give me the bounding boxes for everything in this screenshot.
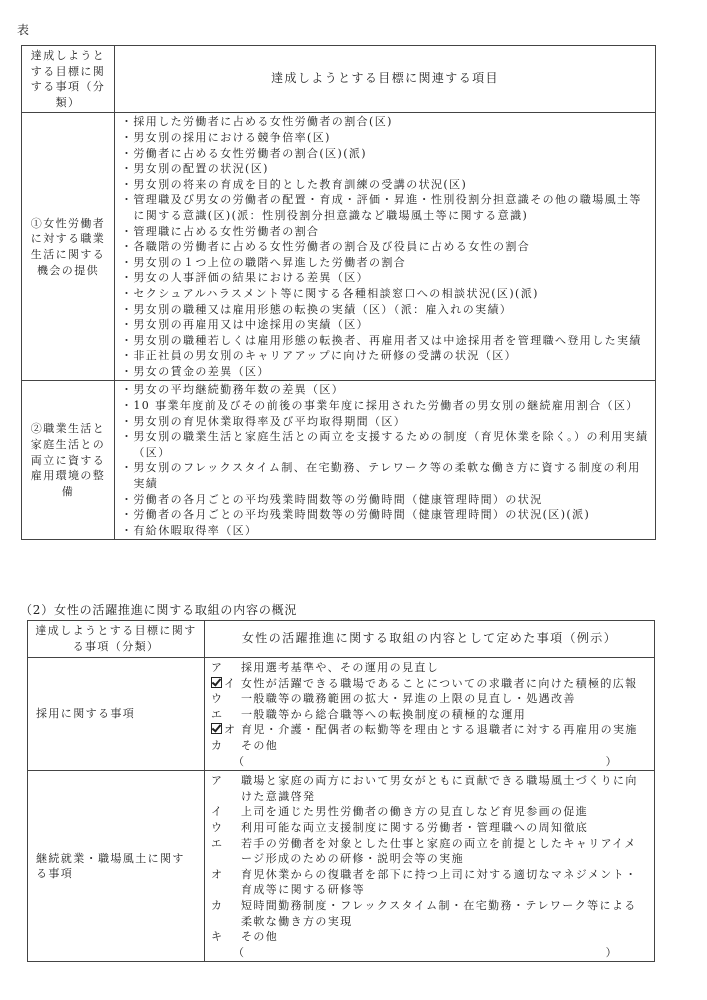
option-text: 若手の労働者を対象とした仕事と家庭の両立を前提としたキャリアイメージ形成のための… xyxy=(241,836,648,867)
option-mark: オ xyxy=(211,867,241,898)
list-item: ・有給休暇取得率（区） xyxy=(121,523,649,539)
option-mark: オ xyxy=(211,722,241,738)
item-text: 男女別の採用における競争倍率(区) xyxy=(133,130,649,146)
bullet-icon: ・ xyxy=(121,492,133,508)
options-cell: ア採用選考基準や、その運用の見直しイ女性が活躍できる職場であることについての求職… xyxy=(205,658,655,771)
option-text: 利用可能な両立支援制度に関する労働者・管理職への周知徹底 xyxy=(241,820,648,836)
list-item: ・男女別の育児休業取得率及び平均取得期間（区） xyxy=(121,414,649,430)
option-letter: オ xyxy=(224,723,236,736)
list-item: ・採用した労働者に占める女性労働者の割合(区) xyxy=(121,114,649,130)
option-mark: ウ xyxy=(211,691,241,707)
bullet-icon: ・ xyxy=(121,130,133,146)
item-text: 男女別の再雇用又は中途採用の実績（区） xyxy=(133,317,649,333)
bullet-icon: ・ xyxy=(121,364,133,380)
list-item: ・非正社員の男女別のキャリアアップに向けた研修の受講の状況（区） xyxy=(121,348,649,364)
category-cell: 継続就業・職場風土に関する事項 xyxy=(28,771,205,962)
item-list: ・男女の平均継続勤務年数の差異（区）・10 事業年度前及びその前後の事業年度に採… xyxy=(121,382,649,538)
table-header-row: 達成しようとする目標に関する事項（分類） 女性の活躍推進に関する取組の内容として… xyxy=(28,621,655,658)
option-text: その他 xyxy=(241,738,648,754)
table-row: 継続就業・職場風土に関する事項 ア職場と家庭の両方において男女がともに貢献できる… xyxy=(28,771,655,962)
bullet-icon: ・ xyxy=(121,398,133,414)
option-item[interactable]: エ一般職等から総合職等への転換制度の積極的な運用 xyxy=(211,707,648,723)
option-mark: イ xyxy=(211,804,241,820)
checked-box-icon[interactable] xyxy=(211,677,222,688)
option-item[interactable]: ウ利用可能な両立支援制度に関する労働者・管理職への周知徹底 xyxy=(211,820,648,836)
list-item: ・男女別のフレックスタイム制、在宅勤務、テレワーク等の柔軟な働き方に資する制度の… xyxy=(121,460,649,491)
option-text: 女性が活躍できる職場であることについての求職者に向けた積極的広報 xyxy=(241,676,648,692)
close-paren: ） xyxy=(606,754,618,770)
table-row: ②職業生活と家庭生活との両立に資する雇用環境の整備 ・男女の平均継続勤務年数の差… xyxy=(22,381,656,540)
table-header-row: 達成しようとする目標に関する事項（分類） 達成しようとする目標に関連する項目 xyxy=(22,46,656,113)
option-item[interactable]: ア職場と家庭の両方において男女がともに貢献できる職場風土づくりに向けた意識啓発 xyxy=(211,773,648,804)
option-letter: ア xyxy=(211,661,223,674)
open-paren: （ xyxy=(233,945,245,961)
option-text: 育児休業からの復職者を部下に持つ上司に対する適切なマネジメント・育成等に関する研… xyxy=(241,867,648,898)
item-text: 男女別の育児休業取得率及び平均取得期間（区） xyxy=(133,414,649,430)
bullet-icon: ・ xyxy=(121,239,133,255)
option-letter: カ xyxy=(211,739,223,752)
header-category: 達成しようとする目標に関する事項（分類） xyxy=(22,46,115,113)
bullet-icon: ・ xyxy=(121,270,133,286)
option-item[interactable]: ア採用選考基準や、その運用の見直し xyxy=(211,660,648,676)
option-item[interactable]: オ育児・介護・配偶者の転勤等を理由とする退職者に対する再雇用の実施 xyxy=(211,722,648,738)
option-mark: エ xyxy=(211,707,241,723)
option-mark: ア xyxy=(211,660,241,676)
bullet-icon: ・ xyxy=(121,317,133,333)
option-letter: イ xyxy=(211,805,223,818)
item-text: 採用した労働者に占める女性労働者の割合(区) xyxy=(133,114,649,130)
category-cell: ②職業生活と家庭生活との両立に資する雇用環境の整備 xyxy=(22,381,115,540)
options-cell: ア職場と家庭の両方において男女がともに貢献できる職場風土づくりに向けた意識啓発イ… xyxy=(205,771,655,962)
item-text: 労働者に占める女性労働者の割合(区)(派) xyxy=(133,146,649,162)
option-text: 職場と家庭の両方において男女がともに貢献できる職場風土づくりに向けた意識啓発 xyxy=(241,773,648,804)
header-category: 達成しようとする目標に関する事項（分類） xyxy=(28,621,205,658)
bullet-icon: ・ xyxy=(121,382,133,398)
list-item: ・男女別の採用における競争倍率(区) xyxy=(121,130,649,146)
item-text: 労働者の各月ごとの平均残業時間数等の労働時間（健康管理時間）の状況 xyxy=(133,492,649,508)
list-item: ・男女別の職種若しくは雇用形態の転換者、再雇用者又は中途採用者を管理職へ登用した… xyxy=(121,333,649,349)
list-item: ・男女別の職種又は雇用形態の転換の実績（区）（派：雇入れの実績） xyxy=(121,302,649,318)
item-text: 男女の賃金の差異（区） xyxy=(133,364,649,380)
option-text: 一般職等の職務範囲の拡大・昇進の上限の見直し・処遇改善 xyxy=(241,691,648,707)
list-item: ・セクシュアルハラスメント等に関する各種相談窓口への相談状況(区)(派) xyxy=(121,286,649,302)
option-item[interactable]: イ上司を通じた男性労働者の働き方の見直しなど育児参画の促進 xyxy=(211,804,648,820)
bullet-icon: ・ xyxy=(121,114,133,130)
section-title: （2）女性の活躍推進に関する取組の内容の概況 xyxy=(20,601,297,618)
option-letter: オ xyxy=(211,868,223,881)
item-text: 男女別の職種又は雇用形態の転換の実績（区）（派：雇入れの実績） xyxy=(133,302,649,318)
item-text: 管理職に占める女性労働者の割合 xyxy=(133,224,649,240)
list-item: ・男女別の職業生活と家庭生活との両立を支援するための制度（育児休業を除く。）の利… xyxy=(121,429,649,460)
option-mark: ア xyxy=(211,773,241,804)
option-text: 短時間勤務制度・フレックスタイム制・在宅勤務・テレワーク等による柔軟な働き方の実… xyxy=(241,898,648,929)
close-paren: ） xyxy=(606,945,618,961)
option-mark: ウ xyxy=(211,820,241,836)
bullet-icon: ・ xyxy=(121,523,133,539)
bullet-icon: ・ xyxy=(121,414,133,430)
option-text: 上司を通じた男性労働者の働き方の見直しなど育児参画の促進 xyxy=(241,804,648,820)
initiatives-table: 達成しようとする目標に関する事項（分類） 女性の活躍推進に関する取組の内容として… xyxy=(27,620,655,962)
option-letter: ウ xyxy=(211,821,223,834)
item-text: 有給休暇取得率（区） xyxy=(133,523,649,539)
bullet-icon: ・ xyxy=(121,224,133,240)
list-item: ・男女の人事評価の結果における差異（区） xyxy=(121,270,649,286)
items-cell: ・採用した労働者に占める女性労働者の割合(区)・男女別の採用における競争倍率(区… xyxy=(115,113,656,381)
header-content: 女性の活躍推進に関する取組の内容として定めた事項（例示） xyxy=(205,621,655,658)
option-letter: カ xyxy=(211,899,223,912)
item-text: 男女別の職種若しくは雇用形態の転換者、再雇用者又は中途採用者を管理職へ登用した実… xyxy=(133,333,649,349)
option-item[interactable]: オ育児休業からの復職者を部下に持つ上司に対する適切なマネジメント・育成等に関する… xyxy=(211,867,648,898)
option-item[interactable]: エ若手の労働者を対象とした仕事と家庭の両立を前提としたキャリアイメージ形成のため… xyxy=(211,836,648,867)
option-text: その他 xyxy=(241,929,648,945)
item-text: 男女別の配置の状況(区) xyxy=(133,161,649,177)
checked-box-icon[interactable] xyxy=(211,723,222,734)
option-mark: カ xyxy=(211,898,241,929)
document-label: 表 xyxy=(17,21,29,38)
list-item: ・労働者の各月ごとの平均残業時間数等の労働時間（健康管理時間）の状況 xyxy=(121,492,649,508)
bullet-icon: ・ xyxy=(121,192,133,223)
bullet-icon: ・ xyxy=(121,286,133,302)
goal-items-table: 達成しようとする目標に関する事項（分類） 達成しようとする目標に関連する項目 ①… xyxy=(21,45,656,540)
item-text: 10 事業年度前及びその前後の事業年度に採用された労働者の男女別の継続雇用割合（… xyxy=(133,398,649,414)
item-text: 男女別の職業生活と家庭生活との両立を支援するための制度（育児休業を除く。）の利用… xyxy=(133,429,649,460)
bullet-icon: ・ xyxy=(121,255,133,271)
option-mark: イ xyxy=(211,676,241,692)
item-text: 労働者の各月ごとの平均残業時間数等の労働時間（健康管理時間）の状況(区)(派) xyxy=(133,507,649,523)
items-cell: ・男女の平均継続勤務年数の差異（区）・10 事業年度前及びその前後の事業年度に採… xyxy=(115,381,656,540)
category-cell: 採用に関する事項 xyxy=(28,658,205,771)
option-item[interactable]: イ女性が活躍できる職場であることについての求職者に向けた積極的広報 xyxy=(211,676,648,692)
option-letter: ウ xyxy=(211,692,223,705)
option-item[interactable]: ウ一般職等の職務範囲の拡大・昇進の上限の見直し・処遇改善 xyxy=(211,691,648,707)
item-text: 男女の平均継続勤務年数の差異（区） xyxy=(133,382,649,398)
item-text: セクシュアルハラスメント等に関する各種相談窓口への相談状況(区)(派) xyxy=(133,286,649,302)
bullet-icon: ・ xyxy=(121,429,133,460)
option-text: 一般職等から総合職等への転換制度の積極的な運用 xyxy=(241,707,648,723)
option-letter: エ xyxy=(211,708,223,721)
list-item: ・男女別の配置の状況(区) xyxy=(121,161,649,177)
option-list: ア職場と家庭の両方において男女がともに貢献できる職場風土づくりに向けた意識啓発イ… xyxy=(211,773,648,960)
option-item[interactable]: カその他 xyxy=(211,738,648,754)
other-input-field[interactable]: （） xyxy=(211,945,648,961)
list-item: ・労働者に占める女性労働者の割合(区)(派) xyxy=(121,146,649,162)
list-item: ・男女別の１つ上位の職階へ昇進した労働者の割合 xyxy=(121,255,649,271)
bullet-icon: ・ xyxy=(121,460,133,491)
bullet-icon: ・ xyxy=(121,177,133,193)
header-items: 達成しようとする目標に関連する項目 xyxy=(115,46,656,113)
list-item: ・男女別の再雇用又は中途採用の実績（区） xyxy=(121,317,649,333)
item-text: 非正社員の男女別のキャリアアップに向けた研修の受講の状況（区） xyxy=(133,348,649,364)
list-item: ・管理職に占める女性労働者の割合 xyxy=(121,224,649,240)
option-item[interactable]: キその他 xyxy=(211,929,648,945)
option-mark: カ xyxy=(211,738,241,754)
list-item: ・労働者の各月ごとの平均残業時間数等の労働時間（健康管理時間）の状況(区)(派) xyxy=(121,507,649,523)
option-letter: ア xyxy=(211,774,223,787)
item-text: 男女別のフレックスタイム制、在宅勤務、テレワーク等の柔軟な働き方に資する制度の利… xyxy=(133,460,649,491)
item-list: ・採用した労働者に占める女性労働者の割合(区)・男女別の採用における競争倍率(区… xyxy=(121,114,649,379)
item-text: 男女別の将来の育成を目的とした教育訓練の受講の状況(区) xyxy=(133,177,649,193)
option-text: 採用選考基準や、その運用の見直し xyxy=(241,660,648,676)
option-item[interactable]: カ短時間勤務制度・フレックスタイム制・在宅勤務・テレワーク等による柔軟な働き方の… xyxy=(211,898,648,929)
option-letter: キ xyxy=(211,930,223,943)
list-item: ・男女別の将来の育成を目的とした教育訓練の受講の状況(区) xyxy=(121,177,649,193)
list-item: ・各職階の労働者に占める女性労働者の割合及び役員に占める女性の割合 xyxy=(121,239,649,255)
option-letter: イ xyxy=(224,677,236,690)
item-text: 各職階の労働者に占める女性労働者の割合及び役員に占める女性の割合 xyxy=(133,239,649,255)
item-text: 男女の人事評価の結果における差異（区） xyxy=(133,270,649,286)
item-text: 管理職及び男女の労働者の配置・育成・評価・昇進・性別役割分担意識その他の職場風土… xyxy=(133,192,649,223)
table-row: ①女性労働者に対する職業生活に関する機会の提供 ・採用した労働者に占める女性労働… xyxy=(22,113,656,381)
other-input-field[interactable]: （） xyxy=(211,754,648,770)
open-paren: （ xyxy=(233,754,245,770)
bullet-icon: ・ xyxy=(121,507,133,523)
list-item: ・男女の平均継続勤務年数の差異（区） xyxy=(121,382,649,398)
bullet-icon: ・ xyxy=(121,333,133,349)
option-letter: エ xyxy=(211,837,223,850)
item-text: 男女別の１つ上位の職階へ昇進した労働者の割合 xyxy=(133,255,649,271)
bullet-icon: ・ xyxy=(121,161,133,177)
category-cell: ①女性労働者に対する職業生活に関する機会の提供 xyxy=(22,113,115,381)
list-item: ・男女の賃金の差異（区） xyxy=(121,364,649,380)
list-item: ・10 事業年度前及びその前後の事業年度に採用された労働者の男女別の継続雇用割合… xyxy=(121,398,649,414)
bullet-icon: ・ xyxy=(121,146,133,162)
table-row: 採用に関する事項 ア採用選考基準や、その運用の見直しイ女性が活躍できる職場である… xyxy=(28,658,655,771)
bullet-icon: ・ xyxy=(121,302,133,318)
option-text: 育児・介護・配偶者の転勤等を理由とする退職者に対する再雇用の実施 xyxy=(241,722,648,738)
option-mark: エ xyxy=(211,836,241,867)
list-item: ・管理職及び男女の労働者の配置・育成・評価・昇進・性別役割分担意識その他の職場風… xyxy=(121,192,649,223)
bullet-icon: ・ xyxy=(121,348,133,364)
option-list: ア採用選考基準や、その運用の見直しイ女性が活躍できる職場であることについての求職… xyxy=(211,660,648,769)
option-mark: キ xyxy=(211,929,241,945)
